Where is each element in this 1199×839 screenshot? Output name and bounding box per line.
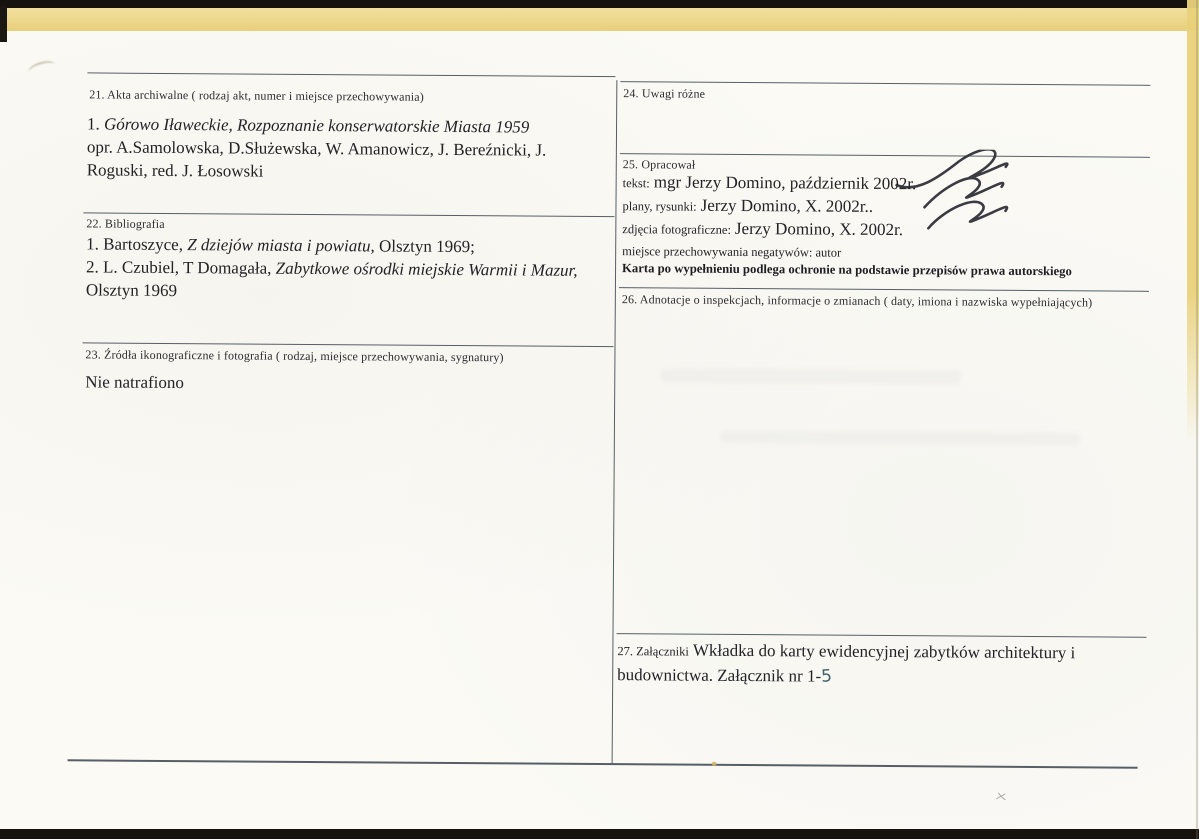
rule-above-section-21: [87, 72, 615, 77]
bibliography-item-2: 2. L. Czubiel, T Domagała, Zabytkowe ośr…: [86, 255, 578, 281]
bib1-title: Z dziejów miasta i powiatu: [187, 235, 370, 255]
bib2-authors: 2. L. Czubiel, T Domagała,: [86, 257, 276, 277]
text-author-value: mgr Jerzy Domino, październik 2002r.: [654, 172, 917, 193]
text-field-label: tekst:: [623, 176, 650, 190]
paper-speck: [712, 762, 717, 766]
archival-record-authors-line1: opr. A.Samolowska, D.Służewska, W. Amano…: [87, 135, 547, 161]
form-content: 21. Akta archiwalne ( rodzaj akt, numer …: [0, 0, 1199, 839]
attachments-text-2: budownictwa. Załącznik nr 1-: [617, 665, 821, 685]
section-23-label: 23. Źródła ikonograficzne i fotografia (…: [85, 347, 503, 365]
scanned-document-page: 21. Akta archiwalne ( rodzaj akt, numer …: [0, 0, 1199, 839]
section-27-body: 27. ZałącznikiWkładka do karty ewidencyj…: [617, 638, 1075, 690]
rule-page-bottom: [68, 759, 1138, 768]
plans-author-value: Jerzy Domino, X. 2002r..: [701, 196, 873, 216]
attachments-line-1: 27. ZałącznikiWkładka do karty ewidencyj…: [617, 638, 1075, 666]
bleedthrough-ghost: [660, 368, 960, 384]
rule-above-section-25: [620, 153, 1150, 158]
archival-record-entry: 1. Górowo Iławeckie, Rozpoznanie konserw…: [87, 112, 547, 138]
section-24-label: 24. Uwagi różne: [623, 86, 705, 102]
rule-above-section-23: [83, 342, 614, 347]
bleedthrough-ghost: [720, 431, 1080, 446]
handwritten-attachment-count: 5: [820, 665, 832, 689]
bib1-place-year: , Olsztyn 1969;: [370, 236, 474, 256]
iconographic-sources-value: Nie natrafiono: [85, 370, 184, 394]
bibliography-item-1: 1. Bartoszyce, Z dziejów miasta i powiat…: [86, 232, 578, 258]
rule-above-section-24: [620, 81, 1150, 86]
entry-number: 1.: [87, 114, 104, 133]
bib2-title: Zabytkowe ośrodki miejskie Warmii i Mazu…: [276, 259, 578, 280]
section-23-body: Nie natrafiono: [85, 370, 184, 394]
rule-above-section-26: [619, 287, 1149, 292]
bib1-authors: 1. Bartoszyce,: [86, 234, 187, 254]
attachments-text-1: Wkładka do karty ewidencyjnej zabytków a…: [693, 641, 1075, 663]
section-26-label: 26. Adnotacje o inspekcjach, informacje …: [622, 292, 1093, 310]
section-21-body: 1. Górowo Iławeckie, Rozpoznanie konserw…: [87, 112, 547, 184]
pencil-mark: [995, 792, 1007, 802]
archival-record-title: Górowo Iławeckie, Rozpoznanie konserwato…: [104, 115, 529, 137]
bibliography-item-2-continued: Olsztyn 1969: [86, 278, 578, 304]
section-27-label: 27. Załączniki: [617, 644, 689, 658]
archival-record-authors-line2: Roguski, red. J. Łosowski: [87, 158, 547, 184]
negatives-storage-note: miejsce przechowywania negatywów: autor: [622, 243, 1072, 262]
copyright-protection-note: Karta po wypełnieniu podlega ochronie na…: [622, 260, 1072, 280]
plans-field-label: plany, rysunki:: [622, 199, 696, 214]
section-22-label: 22. Bibliografia: [86, 216, 164, 232]
attachments-line-2: budownictwa. Załącznik nr 1-5: [617, 663, 1075, 690]
rule-above-section-27: [617, 633, 1147, 638]
section-22-body: 1. Bartoszyce, Z dziejów miasta i powiat…: [86, 232, 578, 304]
photos-author-value: Jerzy Domino, X. 2002r.: [735, 219, 903, 239]
photos-field-label: zdjęcia fotograficzne:: [622, 222, 731, 237]
handwritten-signature: [894, 149, 1023, 232]
section-21-label: 21. Akta archiwalne ( rodzaj akt, numer …: [89, 87, 424, 104]
